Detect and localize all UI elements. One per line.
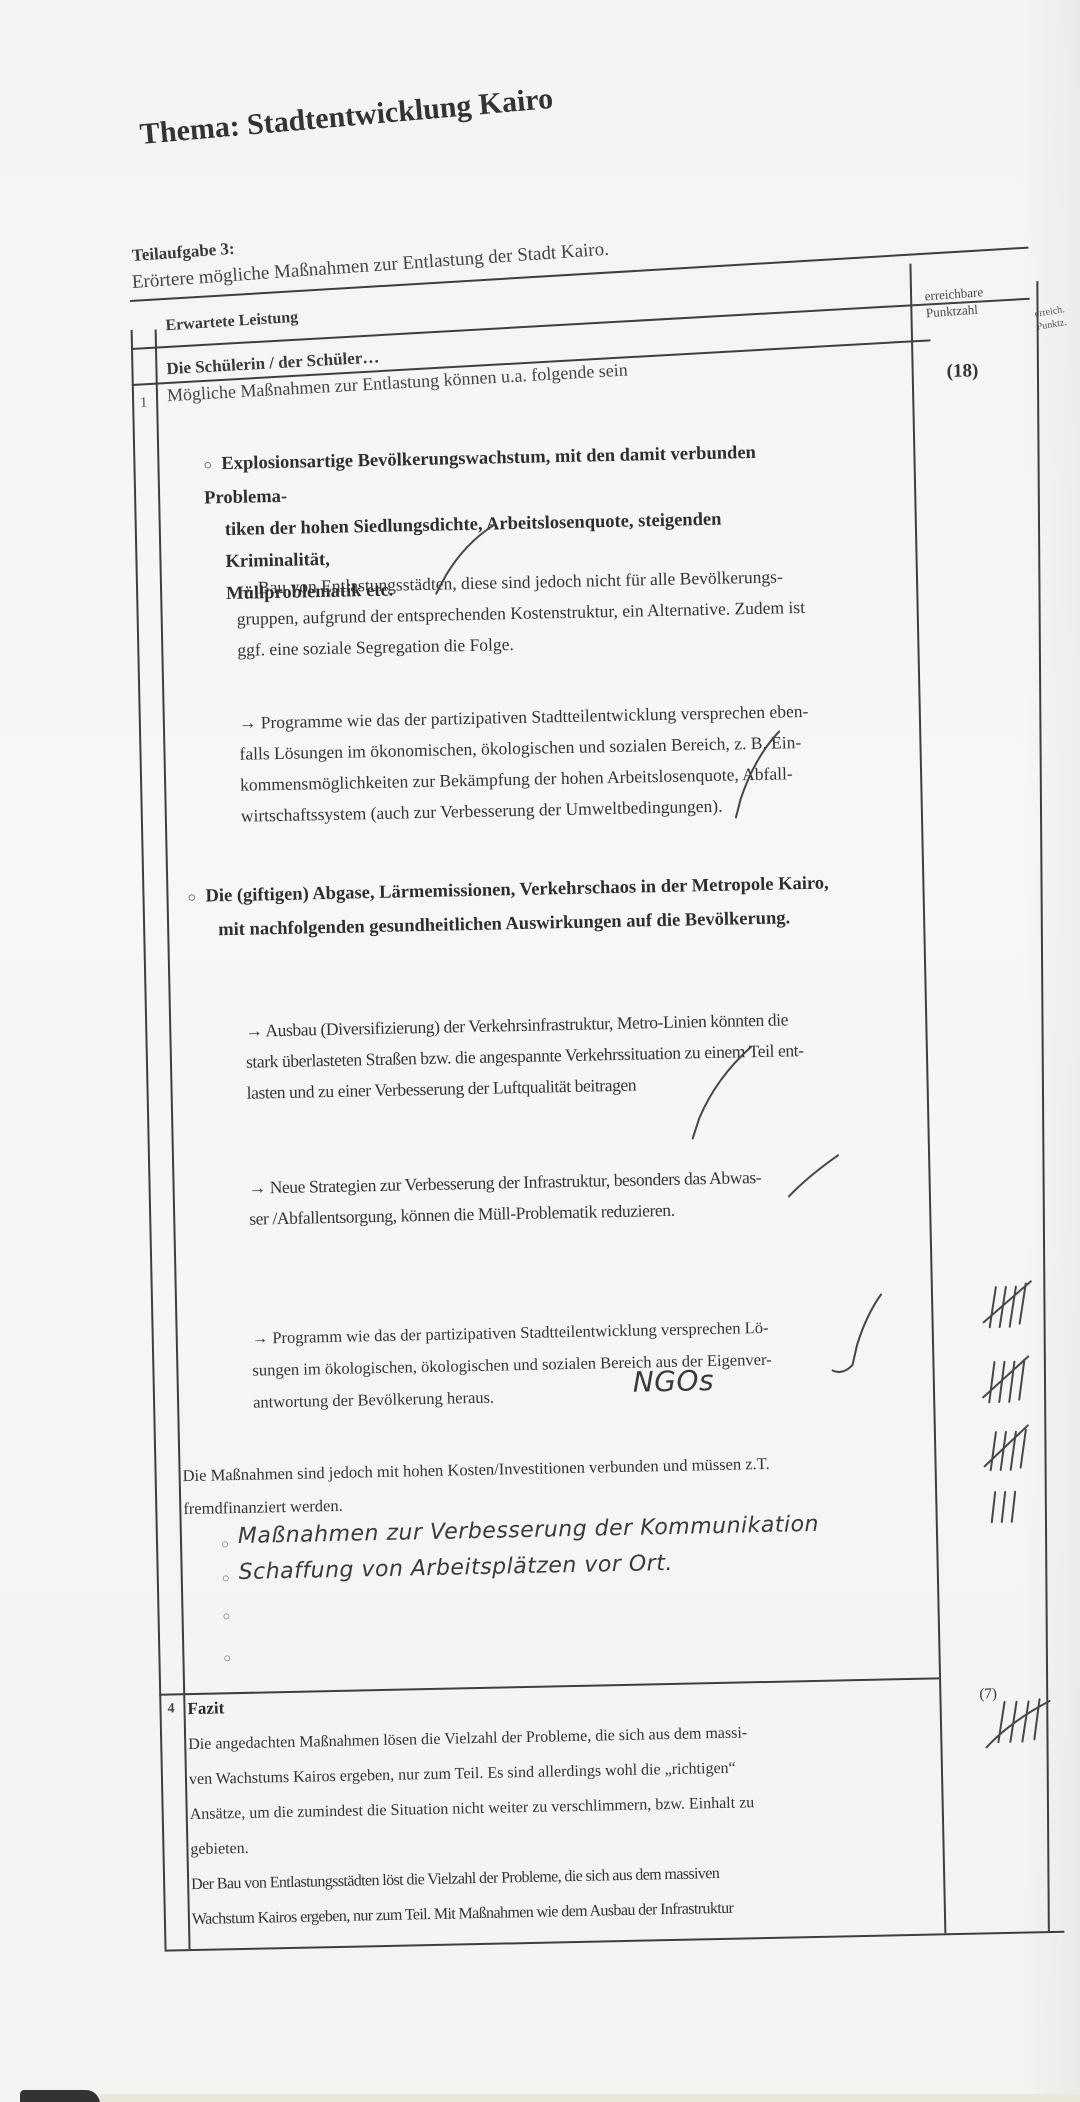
pencil-annotations <box>130 281 1064 1949</box>
tally-marks-icon <box>986 1699 1051 1747</box>
tally-marks-icon <box>981 1281 1036 1522</box>
check-mark-icon <box>435 524 496 593</box>
desk-object <box>20 2090 100 2102</box>
check-mark-icon <box>788 1155 839 1196</box>
check-mark-icon <box>734 731 781 817</box>
check-mark-icon <box>691 1047 753 1138</box>
subtask-heading: Teilaufgabe 3: <box>131 239 235 266</box>
check-mark-icon <box>831 1294 883 1372</box>
grading-table: Erwartete Leistung erreichbare Punktzahl… <box>130 281 1065 1989</box>
document-title: Thema: Stadtentwicklung Kairo <box>139 82 555 152</box>
page-bottom-edge <box>100 2094 1080 2102</box>
scanned-page: Thema: Stadtentwicklung Kairo Teilaufgab… <box>0 0 1080 2102</box>
